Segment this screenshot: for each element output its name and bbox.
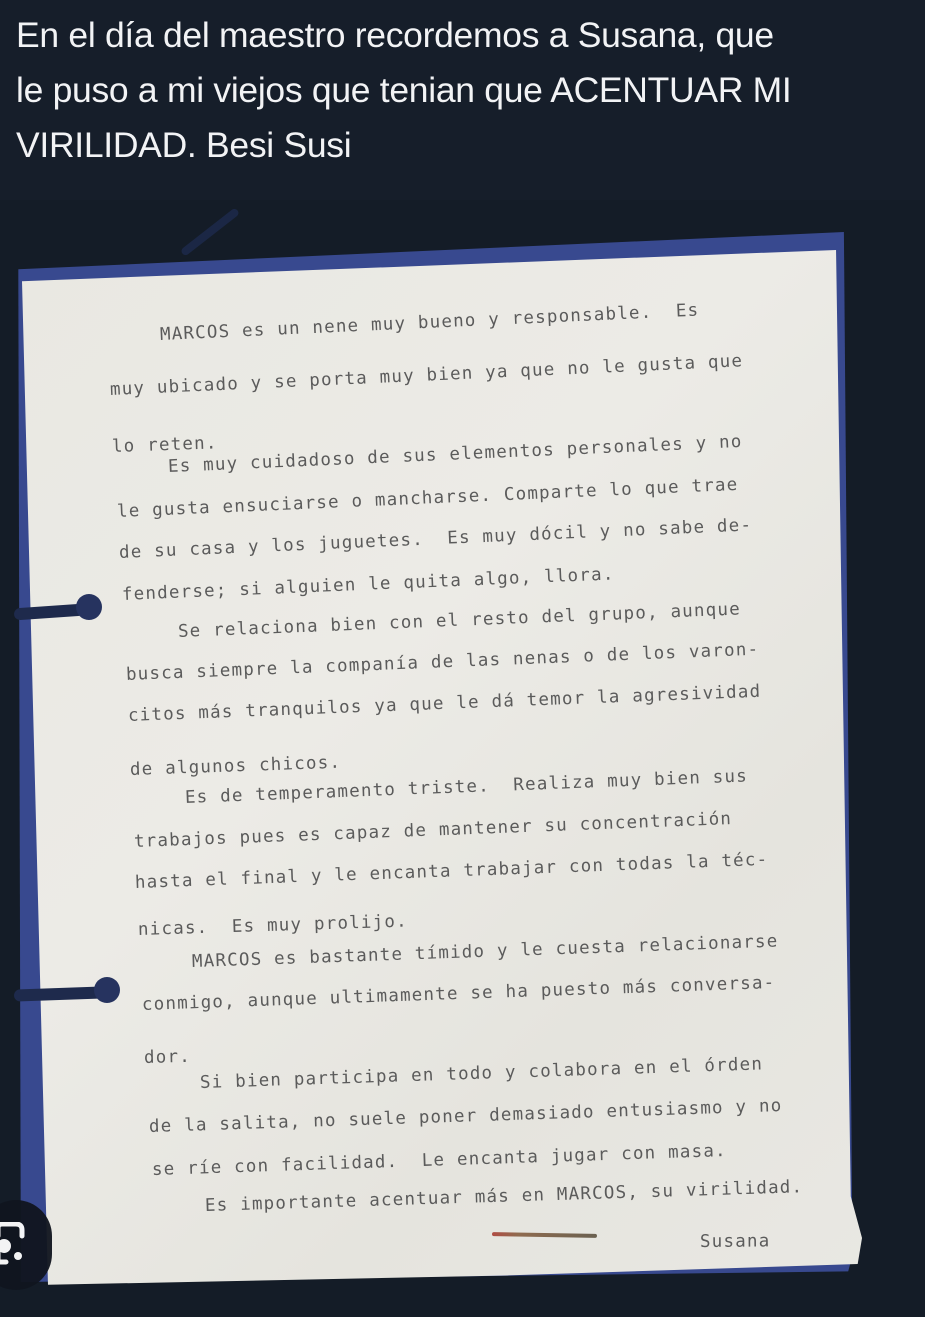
report-line: conmigo, aunque ultimamente se ha puesto… — [142, 973, 776, 1015]
caption-line: VIRILIDAD. Besi Susi — [16, 125, 351, 165]
report-line: Si bien participa en todo y colabora en … — [200, 1054, 764, 1093]
report-line: de algunos chicos. — [130, 753, 342, 780]
typewritten-report: MARCOS es un nene muy bueno y responsabl… — [0, 200, 925, 1317]
report-line: de su casa y los juguetes. Es muy dócil … — [119, 515, 753, 563]
report-line: lo reten. — [112, 433, 218, 457]
report-line: MARCOS es bastante tímido y le cuesta re… — [192, 932, 779, 972]
lens-search-icon — [0, 1222, 36, 1268]
post-caption: En el día del maestro recordemos a Susan… — [16, 8, 916, 173]
report-line: Es importante acentuar más en MARCOS, su… — [205, 1177, 804, 1216]
report-line: Se relaciona bien con el resto del grupo… — [178, 599, 742, 642]
report-line: de la salita, no suele poner demasiado e… — [149, 1096, 783, 1137]
report-line: MARCOS es un nene muy bueno y responsabl… — [160, 301, 700, 345]
report-line: le gusta ensuciarse o mancharse. Compart… — [117, 475, 739, 522]
report-line: dor. — [144, 1047, 191, 1068]
report-line: citos más tranquilos ya que le dá temor … — [128, 682, 762, 726]
report-line: muy ubicado y se porta muy bien ya que n… — [110, 351, 744, 400]
report-line: fenderse; si alguien le quita algo, llor… — [122, 564, 615, 605]
caption-line: le puso a mi viejos que tenian que ACENT… — [16, 70, 791, 110]
report-line: Es muy cuidadoso de sus elementos person… — [168, 432, 743, 477]
post-image[interactable]: MARCOS es un nene muy bueno y responsabl… — [0, 200, 925, 1317]
report-line: nicas. Es muy prolijo. — [138, 912, 408, 940]
signature-name: Susana — [700, 1231, 771, 1252]
caption-line: En el día del maestro recordemos a Susan… — [16, 15, 774, 55]
report-line: hasta el final y le encanta trabajar con… — [135, 850, 769, 893]
report-line: se ríe con facilidad. Le encanta jugar c… — [152, 1141, 727, 1180]
report-line: trabajos pues es capaz de mantener su co… — [134, 809, 733, 852]
report-line: busca siempre la companía de las nenas o… — [126, 640, 760, 685]
